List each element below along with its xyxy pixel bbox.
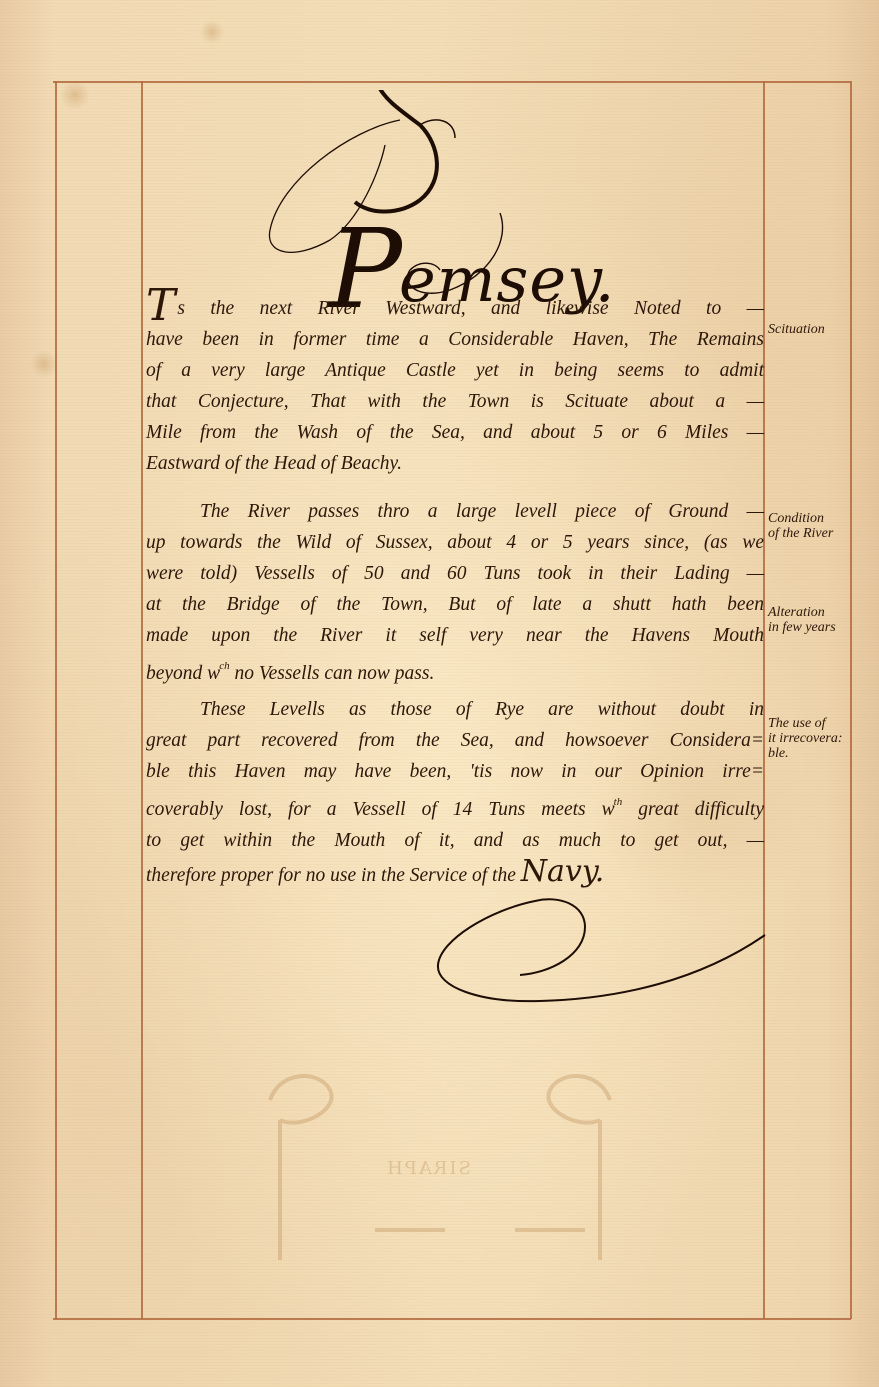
margin-note-alteration: Alteration in few years	[768, 605, 878, 635]
rule-top	[53, 81, 851, 83]
text-line: therefore proper for no use in the Servi…	[146, 856, 764, 891]
show-through-text: SIRAPH	[385, 1158, 471, 1179]
text-line: to get within the Mouth of it, and as mu…	[146, 825, 764, 856]
text-line: were told) Vessells of 50 and 60 Tuns to…	[146, 558, 764, 589]
paragraph-1: Ts the next River Westward, and likewise…	[146, 290, 764, 479]
rule-left-inner	[141, 81, 143, 1319]
text-line: at the Bridge of the Town, But of late a…	[146, 589, 764, 620]
text-line: up towards the Wild of Sussex, about 4 o…	[146, 527, 764, 558]
text-line: have been in former time a Considerable …	[146, 324, 764, 355]
abbreviation-superscript: ch	[219, 660, 229, 672]
text-line: The River passes thro a large levell pie…	[146, 496, 764, 527]
paragraph-3: These Levells as those of Rye are withou…	[146, 694, 764, 891]
rule-right-outer	[850, 81, 852, 1319]
paper-stain	[60, 80, 90, 110]
page-title: Pemsey.	[250, 90, 630, 290]
paragraph-2: The River passes thro a large levell pie…	[146, 496, 764, 689]
text-line: made upon the River it self very near th…	[146, 620, 764, 651]
closing-flourish-icon	[420, 895, 780, 1005]
text-line: beyond wch no Vessells can now pass.	[146, 651, 764, 689]
text-line: great part recovered from the Sea, and h…	[146, 725, 764, 756]
show-through-watermark: SIRAPH	[260, 1060, 620, 1280]
drop-cap: T	[146, 280, 175, 331]
abbreviation-superscript: th	[614, 796, 623, 808]
paper-stain	[200, 20, 224, 44]
paper-stain	[30, 350, 58, 378]
margin-note-use: The use of it irrecovera: ble.	[768, 716, 878, 761]
rule-bottom	[53, 1318, 851, 1320]
text-line: of a very large Antique Castle yet in be…	[146, 355, 764, 386]
text-line: Ts the next River Westward, and likewise…	[146, 290, 764, 324]
text-line: coverably lost, for a Vessell of 14 Tuns…	[146, 787, 764, 825]
text-line: ble this Haven may have been, 'tis now i…	[146, 756, 764, 787]
margin-note-scituation: Scituation	[768, 322, 878, 337]
rule-left-outer	[55, 81, 57, 1319]
text-line: Mile from the Wash of the Sea, and about…	[146, 417, 764, 448]
text-line: These Levells as those of Rye are withou…	[146, 694, 764, 725]
text-line: that Conjecture, That with the Town is S…	[146, 386, 764, 417]
text-line: Eastward of the Head of Beachy.	[146, 448, 764, 479]
emphasized-word-navy: Navy.	[521, 854, 605, 889]
margin-note-condition: Condition of the River	[768, 511, 878, 541]
